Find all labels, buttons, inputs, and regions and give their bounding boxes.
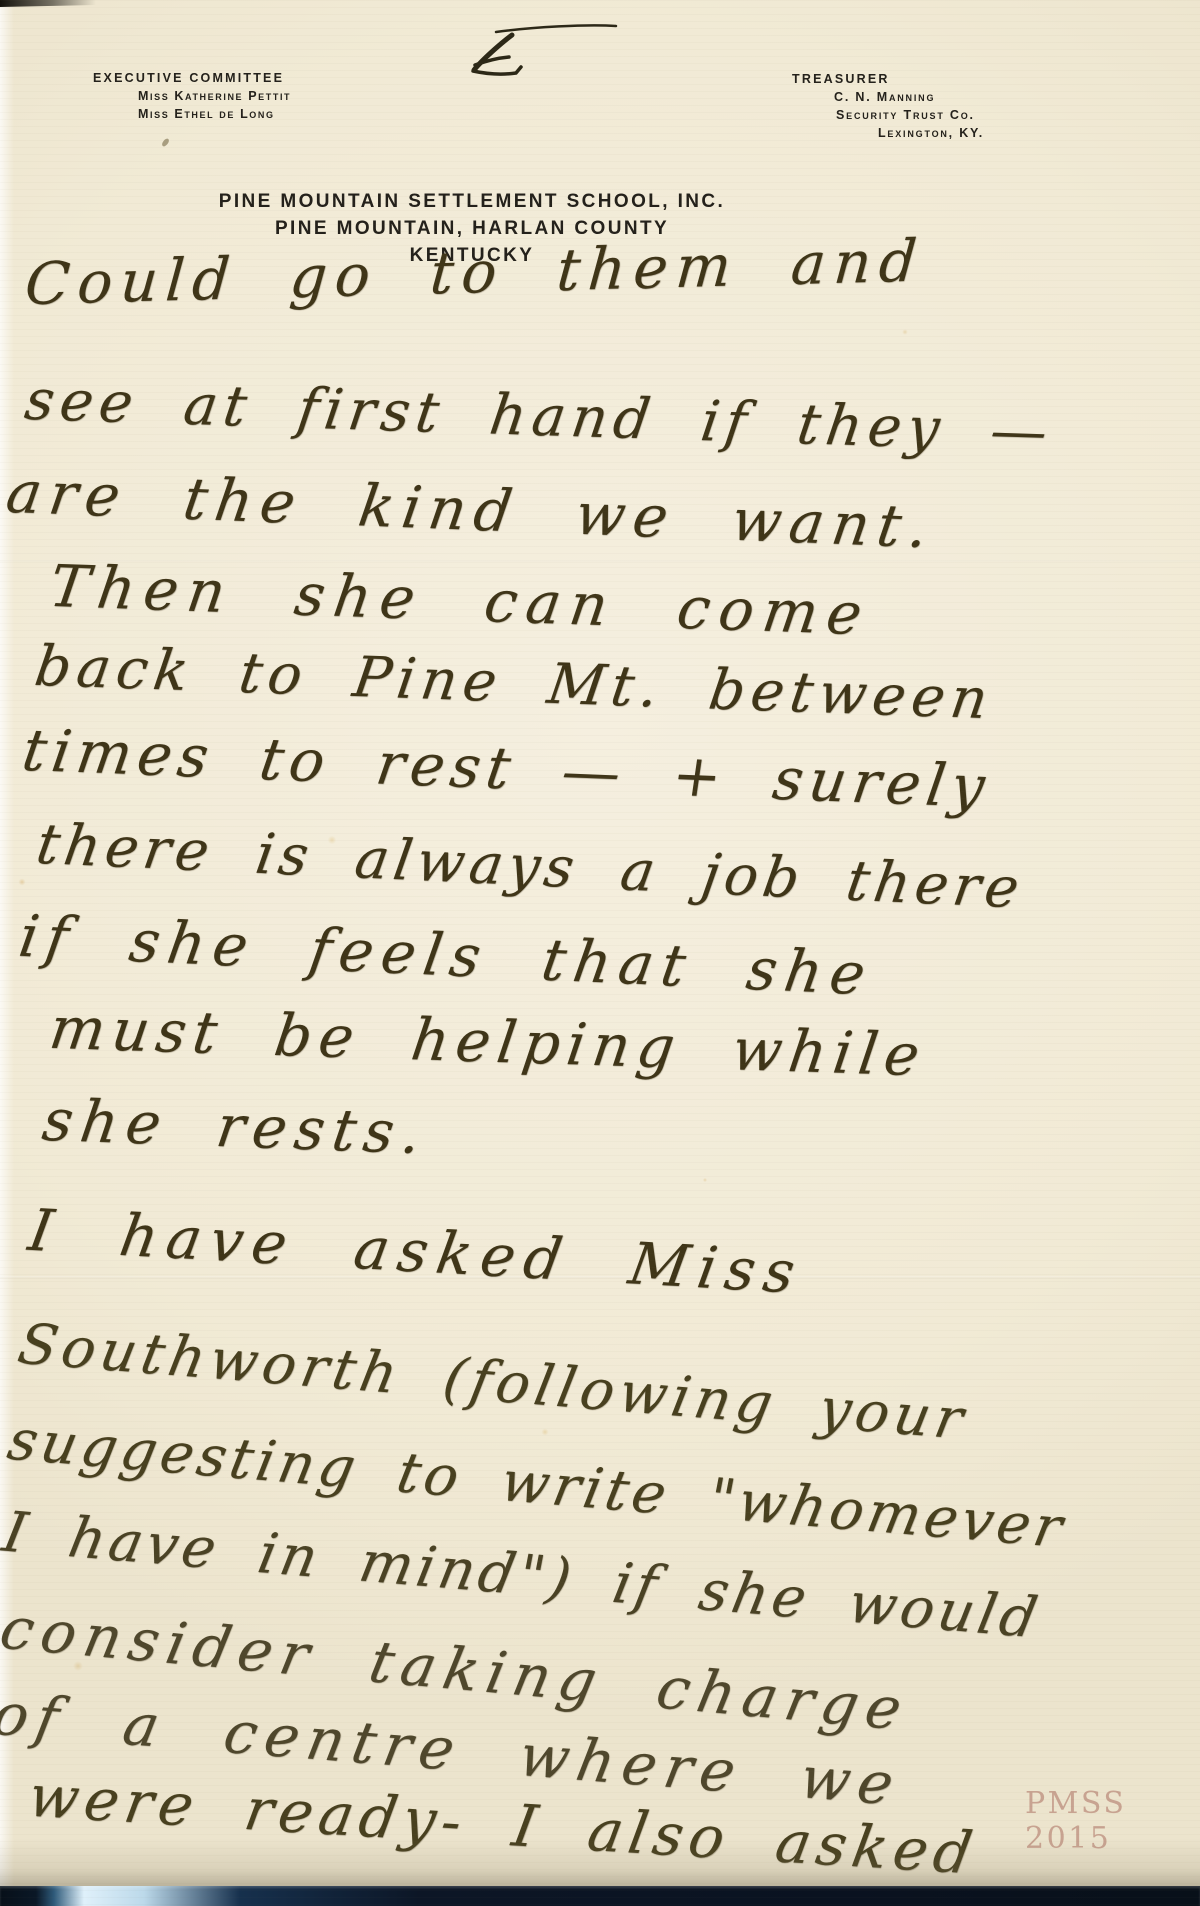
handwriting-line: see at first hand if they — xyxy=(21,368,1057,465)
treasurer-city: Lexington, KY. xyxy=(878,126,984,140)
scan-bottom-edge xyxy=(0,1886,1200,1906)
ink-speck xyxy=(161,137,170,147)
handwriting-line: back to Pine Mt. between xyxy=(31,634,998,732)
treasurer-name: C. N. Manning xyxy=(834,90,984,104)
handwriting-line: times to rest — + surely xyxy=(18,716,995,821)
handwriting-line: Then she can come xyxy=(45,552,875,648)
handwriting-line: are the kind we want. xyxy=(2,458,940,561)
committee-member: Miss Ethel de Long xyxy=(138,107,291,121)
handwriting-line: if she feels that she xyxy=(15,902,878,1008)
scan-edge-artifact xyxy=(0,0,96,7)
treasurer-title: TREASURER xyxy=(792,72,984,86)
handwriting-line: I have asked Miss xyxy=(24,1196,808,1307)
handwriting-line: she rests. xyxy=(38,1086,432,1167)
handwriting-line: must be helping while xyxy=(46,994,931,1089)
handwriting-line: there is always a job there xyxy=(32,812,1028,921)
handwriting-line: Could go to them and xyxy=(23,226,927,318)
treasurer-company: Security Trust Co. xyxy=(836,108,984,122)
page-mark-e xyxy=(462,16,624,94)
committee-member: Miss Katherine Pettit xyxy=(138,89,291,103)
school-name: PINE MOUNTAIN SETTLEMENT SCHOOL, INC. xyxy=(172,188,772,215)
executive-committee-title: EXECUTIVE COMMITTEE xyxy=(93,71,291,85)
paper-bottom-edge xyxy=(0,1838,1200,1886)
letterhead-left: EXECUTIVE COMMITTEE Miss Katherine Petti… xyxy=(93,71,291,121)
letterhead-right: TREASURER C. N. Manning Security Trust C… xyxy=(792,72,984,140)
letter-page: EXECUTIVE COMMITTEE Miss Katherine Petti… xyxy=(0,0,1200,1906)
page-mark-e-glyph xyxy=(462,16,624,94)
